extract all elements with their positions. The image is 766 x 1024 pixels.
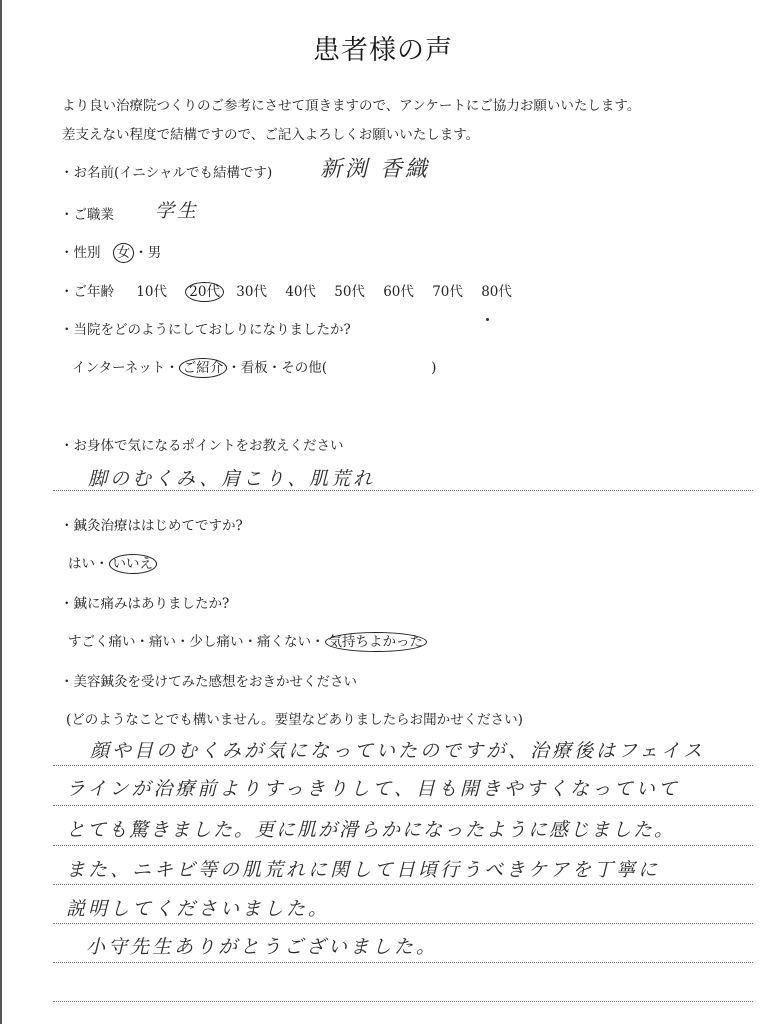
referral-options: インターネット・ご紹介・看板・その他() — [72, 356, 436, 376]
impression-line-1: 顔や目のむくみが気になっていたのですが、治療後はフェイス — [90, 736, 705, 763]
gender-row: ・性別 女・男 — [60, 241, 161, 261]
age-option-60[interactable]: 60代 — [383, 284, 414, 300]
impressions-label: ・美容鍼灸を受けてみた感想をおきかせください — [60, 670, 357, 690]
pain-options: すごく痛い・痛い・少し痛い・痛くない・気持ちよかった — [68, 630, 427, 650]
separator: ・ — [244, 634, 258, 650]
occupation-label: ・ご職業 — [60, 203, 114, 223]
separator: ・ — [311, 634, 325, 650]
pain-option-slightly-painful[interactable]: 少し痛い — [190, 634, 244, 650]
ruled-line — [53, 923, 753, 924]
referral-option-internet[interactable]: インターネット — [72, 360, 165, 376]
scan-speck — [486, 318, 489, 321]
first-time-option-yes[interactable]: はい — [68, 556, 95, 572]
ruled-line — [53, 962, 753, 963]
age-option-20[interactable]: 20代 — [185, 282, 224, 302]
gender-option-male[interactable]: 男 — [148, 245, 162, 261]
scan-edge — [0, 0, 2, 1024]
referral-option-other[interactable]: その他( — [281, 360, 327, 376]
impression-line-2: ラインが治療前よりすっきりして、目も開きやすくなっていて — [66, 774, 680, 801]
pain-option-felt-good[interactable]: 気持ちよかった — [325, 632, 428, 652]
first-time-option-no[interactable]: いいえ — [109, 554, 158, 574]
ruled-line — [53, 884, 753, 885]
pain-option-painful[interactable]: 痛い — [149, 634, 176, 650]
ruled-line — [53, 1001, 753, 1002]
age-option-70[interactable]: 70代 — [432, 284, 463, 300]
name-label: ・お名前(イニシャルでも結構です) — [60, 161, 272, 181]
ruled-line — [53, 765, 753, 766]
referral-option-introduction[interactable]: ご紹介 — [179, 358, 228, 378]
occupation-value: 学生 — [155, 196, 199, 223]
referral-other-close: ) — [431, 360, 436, 376]
separator: ・ — [176, 634, 190, 650]
gender-label: ・性別 — [60, 245, 101, 261]
separator: ・ — [95, 556, 109, 572]
concerns-label: ・お身体で気になるポイントをお教えください — [60, 434, 344, 454]
name-value: 新渕 香織 — [320, 152, 430, 183]
intro-line-1: より良い治療院つくりのご参考にさせて頂きますので、アンケートにご協力お願いいたし… — [62, 94, 640, 114]
age-option-10[interactable]: 10代 — [136, 284, 167, 300]
separator: ・ — [268, 360, 282, 376]
referral-option-signboard[interactable]: 看板 — [241, 360, 268, 376]
impression-line-3: とても驚きました。更に肌が滑らかになったように感じました。 — [66, 815, 675, 842]
gender-option-female[interactable]: 女 — [113, 243, 135, 263]
impression-line-6: 小守先生ありがとうございました。 — [86, 932, 438, 959]
age-option-80[interactable]: 80代 — [481, 284, 512, 300]
page-title: 患者様の声 — [0, 28, 766, 67]
age-option-40[interactable]: 40代 — [285, 284, 316, 300]
pain-label: ・鍼に痛みはありましたか? — [60, 592, 229, 612]
first-time-label: ・鍼灸治療ははじめてですか? — [60, 514, 243, 534]
separator: ・ — [165, 360, 179, 376]
impression-line-5: 説明してくださいました。 — [66, 894, 330, 921]
pain-option-very-painful[interactable]: すごく痛い — [68, 634, 136, 650]
first-time-options: はい・いいえ — [68, 552, 157, 572]
ruled-line — [53, 805, 753, 806]
concerns-ruled-line — [53, 490, 753, 491]
pain-option-not-painful[interactable]: 痛くない — [257, 634, 311, 650]
separator: ・ — [134, 245, 148, 261]
separator: ・ — [227, 360, 241, 376]
age-option-30[interactable]: 30代 — [236, 284, 267, 300]
age-row: ・ご年齢 10代 20代 30代 40代 50代 60代 70代 80代 — [60, 280, 526, 300]
concerns-value: 脚のむくみ、肩こり、肌荒れ — [88, 464, 375, 491]
age-label: ・ご年齢 — [60, 284, 114, 300]
impression-line-4: また、ニキビ等の肌荒れに関して日頃行うべきケアを丁寧に — [66, 855, 660, 882]
separator: ・ — [136, 634, 150, 650]
age-option-50[interactable]: 50代 — [334, 284, 365, 300]
referral-label: ・当院をどのようにしておしりになりましたか? — [60, 318, 351, 338]
intro-line-2: 差支えない程度で結構ですので、ご記入よろしくお願いいたします。 — [62, 123, 479, 143]
impressions-hint: (どのようなことでも構いません。要望などありましたらお聞かせください) — [66, 708, 523, 728]
ruled-line — [53, 845, 753, 846]
